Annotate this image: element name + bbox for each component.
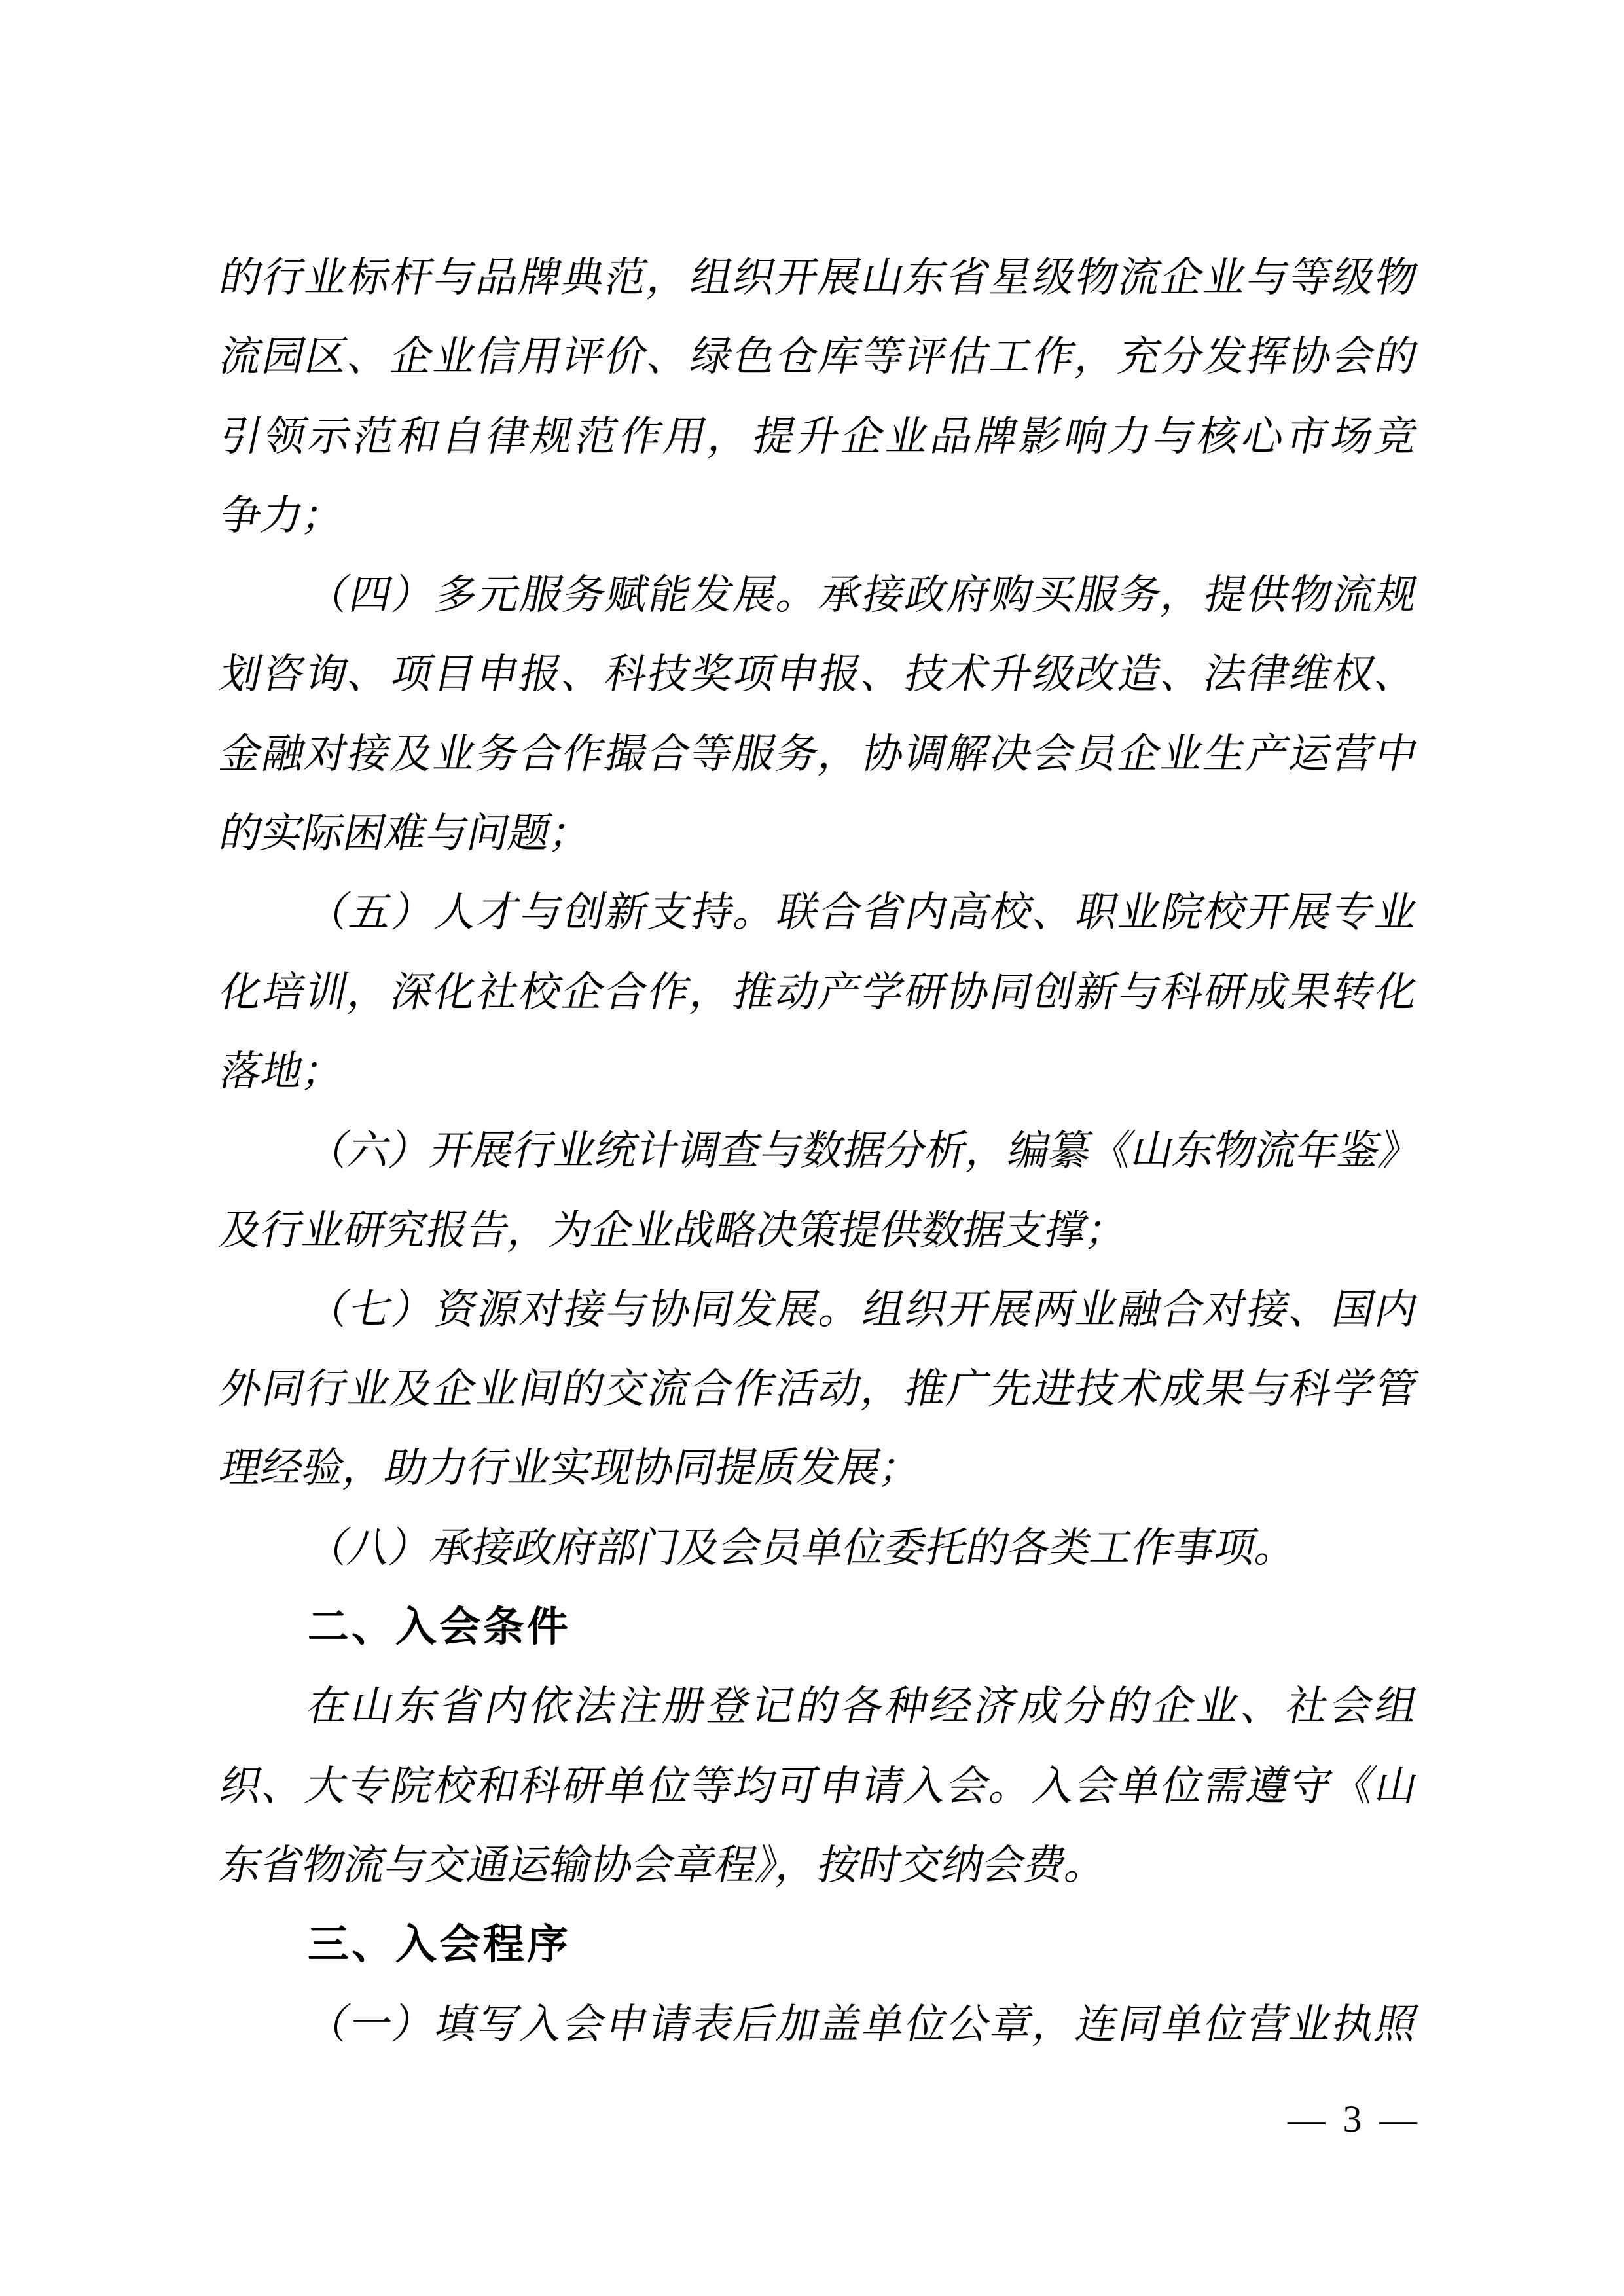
text-line: （六）开展行业统计调查与数据分析，编纂《山东物流年鉴》 <box>212 1111 1426 1191</box>
text-line: 引领示范和自律规范作用，提升企业品牌影响力与核心市场竞 <box>212 397 1426 476</box>
text-line: 及行业研究报告，为企业战略决策提供数据支撑； <box>212 1191 1426 1270</box>
text-line: （八）承接政府部门及会员单位委托的各类工作事项。 <box>212 1509 1426 1588</box>
text-line: （一）填写入会申请表后加盖单位公章，连同单位营业执照 <box>212 1985 1426 2064</box>
document-page: 的行业标杆与品牌典范，组织开展山东省星级物流企业与等级物流园区、企业信用评价、绿… <box>0 0 1624 2296</box>
text-line: （五）人才与创新支持。联合省内高校、职业院校开展专业 <box>212 873 1426 952</box>
text-line: 的实际困难与问题； <box>212 794 1426 873</box>
text-line: 在山东省内依法注册登记的各种经济成分的企业、社会组 <box>212 1667 1426 1746</box>
page-number: — 3 — <box>1288 2098 1417 2140</box>
text-line: 的行业标杆与品牌典范，组织开展山东省星级物流企业与等级物 <box>212 238 1426 317</box>
text-block: 的行业标杆与品牌典范，组织开展山东省星级物流企业与等级物流园区、企业信用评价、绿… <box>221 238 1417 2064</box>
text-line: 外同行业及企业间的交流合作活动，推广先进技术成果与科学管 <box>212 1350 1426 1429</box>
section-heading: 三、入会程序 <box>221 1905 1417 1984</box>
text-line: （四）多元服务赋能发展。承接政府购买服务，提供物流规 <box>212 556 1426 635</box>
text-line: 金融对接及业务合作撮合等服务，协调解决会员企业生产运营中 <box>212 715 1426 794</box>
text-line: 理经验，助力行业实现协同提质发展； <box>212 1429 1426 1508</box>
text-line: 划咨询、项目申报、科技奖项申报、技术升级改造、法律维权、 <box>212 635 1426 714</box>
text-line: 流园区、企业信用评价、绿色仓库等评估工作，充分发挥协会的 <box>212 317 1426 397</box>
text-line: 落地； <box>212 1032 1426 1111</box>
text-line: 织、大专院校和科研单位等均可申请入会。入会单位需遵守《山 <box>212 1747 1426 1826</box>
text-line: 东省物流与交通运输协会章程》，按时交纳会费。 <box>212 1826 1426 1905</box>
text-line: 化培训，深化社校企合作，推动产学研协同创新与科研成果转化 <box>212 953 1426 1032</box>
text-line: 争力； <box>212 476 1426 556</box>
text-line: （七）资源对接与协同发展。组织开展两业融合对接、国内 <box>212 1270 1426 1350</box>
section-heading: 二、入会条件 <box>221 1588 1417 1667</box>
